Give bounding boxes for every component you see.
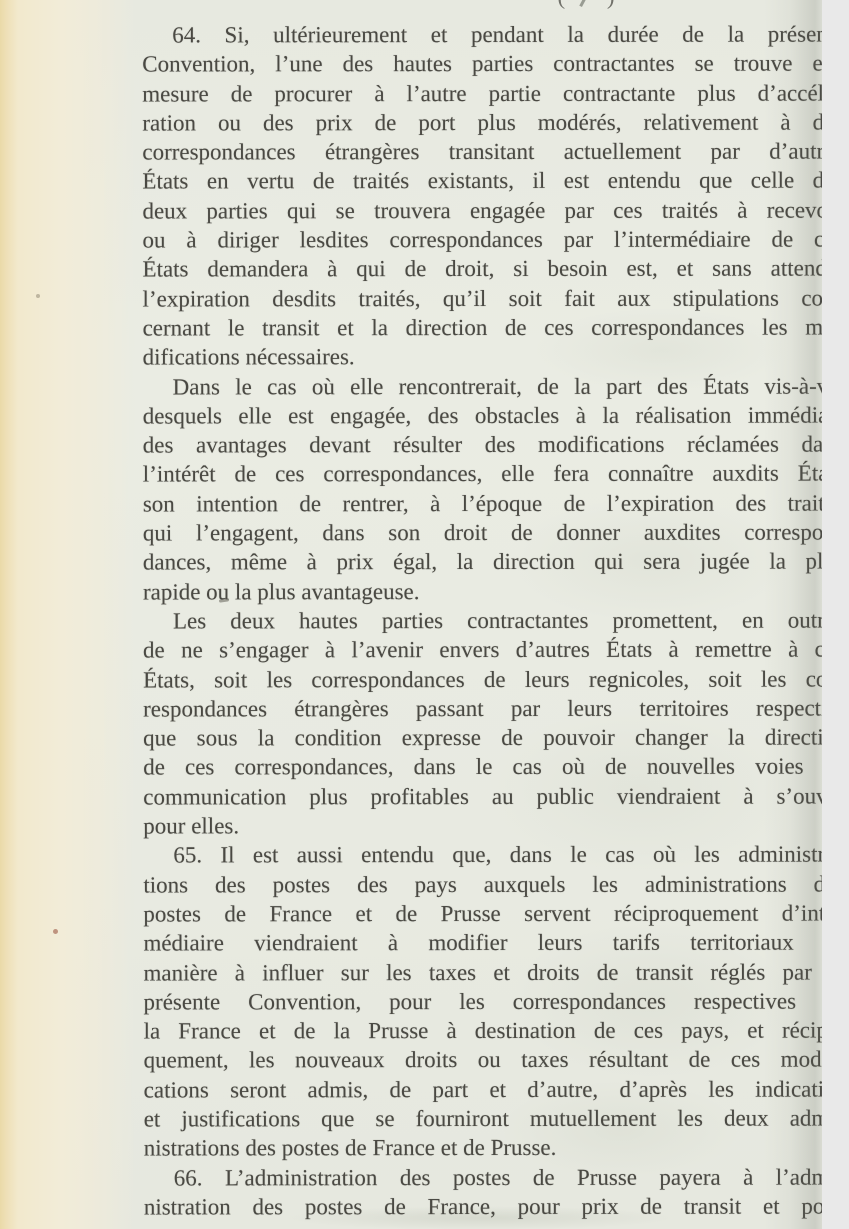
- text-line: Les deux hautes parties contractantes pr…: [143, 605, 822, 635]
- text-line: médiaire viendraient à modifier leurs ta…: [143, 928, 822, 958]
- text-line: Dans le cas où elle rencontrerait, de la…: [143, 371, 822, 401]
- text-line: dances, même à prix égal, la direction q…: [143, 547, 822, 577]
- paragraph-article-64-obstacles: Dans le cas où elle rencontrerait, de la…: [143, 371, 822, 606]
- text-line: l’intérêt de ces correspondances, elle f…: [143, 459, 822, 489]
- text-line: difications nécessaires.: [143, 342, 822, 372]
- text-line: l’expiration desdits traités, qu’il soit…: [143, 283, 822, 313]
- text-line: correspondances étrangères transitant ac…: [142, 137, 822, 167]
- text-line: deux parties qui se trouvera engagée par…: [142, 195, 822, 225]
- text-line: de ne s’engager à l’avenir envers d’autr…: [143, 635, 822, 665]
- text-line: que sous la condition expresse de pouvoi…: [143, 723, 822, 753]
- text-block: 64. Si, ultérieurement et pendant la dur…: [142, 20, 822, 1222]
- text-line: et justifications que se fourniront mutu…: [144, 1104, 822, 1134]
- text-line: États en vertu de traités existants, il …: [142, 166, 822, 196]
- text-line: présente Convention, pour les correspond…: [144, 986, 822, 1016]
- text-line: manière à influer sur les taxes et droit…: [143, 957, 822, 987]
- text-line: rapide ou la plus avantageuse.: [143, 576, 822, 606]
- text-line: quement, les nouveaux droits ou taxes ré…: [144, 1045, 822, 1075]
- book-page: ( ) 64. Si, ultérieurement et pendant la…: [0, 0, 822, 1229]
- text-line: son intention de rentrer, à l’époque de …: [143, 488, 822, 518]
- text-line: nistration des postes de France, pour pr…: [144, 1191, 822, 1221]
- ink-speck: [53, 929, 58, 934]
- text-line: 65. Il est aussi entendu que, dans le ca…: [143, 840, 822, 870]
- text-line: mesure de procurer à l’autre partie cont…: [142, 78, 822, 108]
- text-line: pour elles.: [143, 811, 822, 841]
- paragraph-article-65: 65. Il est aussi entendu que, dans le ca…: [143, 840, 822, 1163]
- text-line: de ces correspondances, dans le cas où d…: [143, 752, 822, 782]
- text-line: respondances étrangères passant par leur…: [143, 693, 822, 723]
- text-line: nistrations des postes de France et de P…: [144, 1133, 822, 1163]
- text-line: ou à diriger lesdites correspondances pa…: [142, 225, 822, 255]
- text-line: Convention, l’une des hautes parties con…: [142, 49, 822, 79]
- page-number-fragment: ( ): [520, 0, 670, 10]
- ink-speck: [36, 294, 40, 298]
- text-line: la France et de la Prusse à destination …: [144, 1016, 822, 1046]
- text-line: États, soit les correspondances de leurs…: [143, 664, 822, 694]
- paragraph-article-64-promesse: Les deux hautes parties contractantes pr…: [143, 605, 822, 840]
- text-line: desquels elle est engagée, des obstacles…: [143, 400, 822, 430]
- paragraph-article-64-intro: 64. Si, ultérieurement et pendant la dur…: [142, 20, 822, 373]
- text-line: des avantages devant résulter des modifi…: [143, 430, 822, 460]
- text-line: qui l’engagent, dans son droit de donner…: [143, 518, 822, 548]
- text-line: communication plus profitables au public…: [143, 781, 822, 811]
- text-line: cations seront admis, de part et d’autre…: [144, 1074, 822, 1104]
- text-line: États demandera à qui de droit, si besoi…: [142, 254, 822, 284]
- text-line: 66. L’administration des postes de Pruss…: [144, 1162, 822, 1192]
- text-line: cernant le transit et la direction de ce…: [143, 312, 822, 342]
- text-line: postes de France et de Prusse servent ré…: [143, 898, 822, 928]
- text-line: 64. Si, ultérieurement et pendant la dur…: [142, 20, 822, 50]
- text-line: tions des postes des pays auxquels les a…: [143, 869, 822, 899]
- scan-canvas: { "colors": { "backdrop": "#e9e9e9", "pa…: [0, 0, 849, 1229]
- paragraph-article-66: 66. L’administration des postes de Pruss…: [144, 1162, 822, 1222]
- text-line: ration ou des prix de port plus modérés,…: [142, 107, 822, 137]
